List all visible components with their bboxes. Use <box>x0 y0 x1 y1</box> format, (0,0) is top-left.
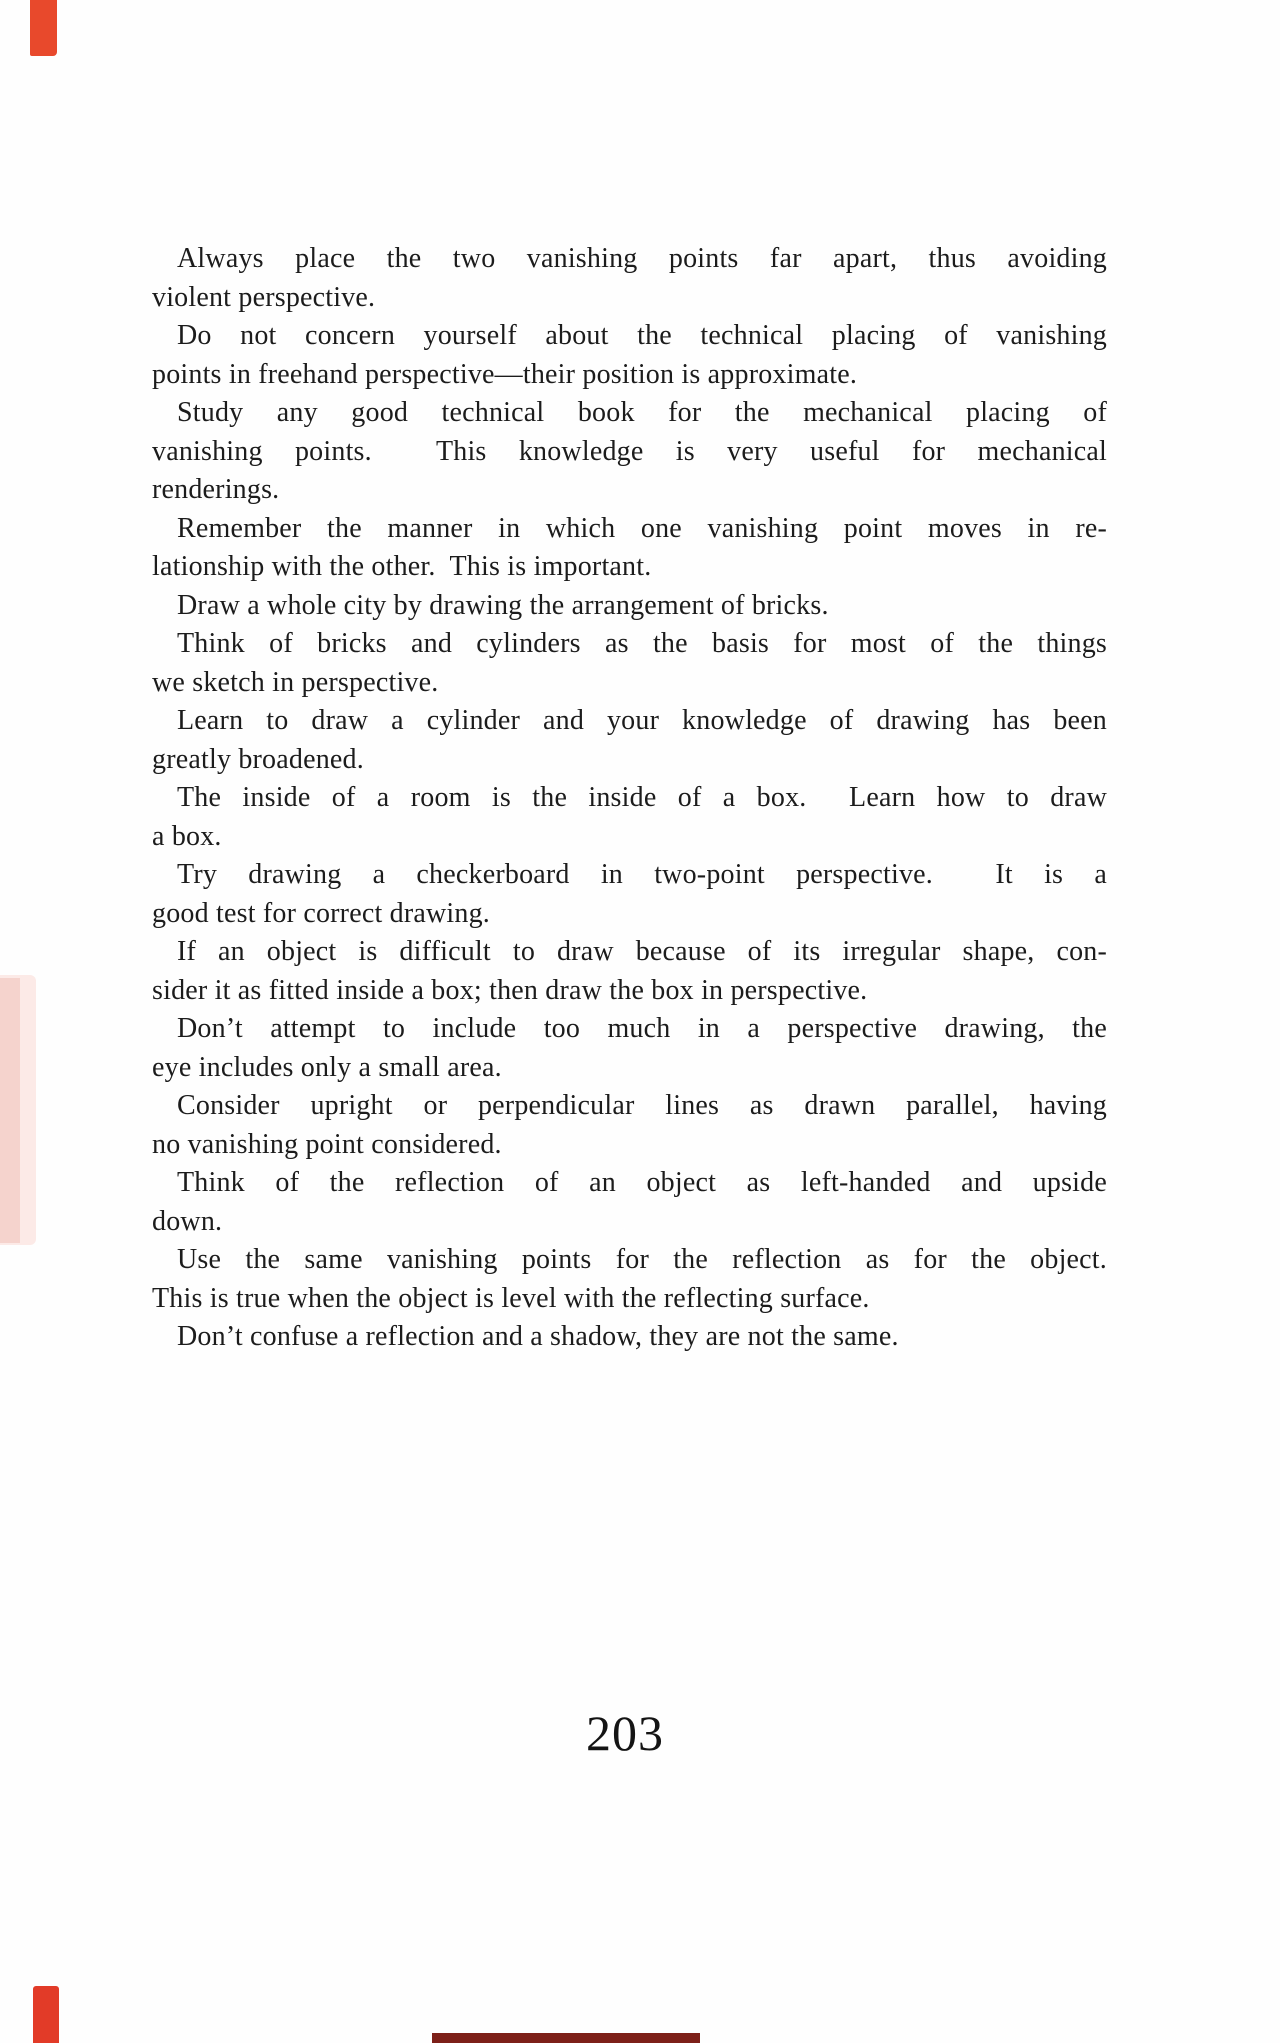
text-line: Study any good technical book for the me… <box>152 394 1107 433</box>
text-line: greatly broadened. <box>152 741 1107 780</box>
page-number: 203 <box>586 1708 664 1758</box>
text-line: down. <box>152 1203 1107 1242</box>
text-line: This is true when the object is level wi… <box>152 1280 1107 1319</box>
text-line: points in freehand perspective—their pos… <box>152 356 1107 395</box>
text-line: a box. <box>152 818 1107 857</box>
paragraph: Learn to draw a cylinder and your knowle… <box>152 702 1107 779</box>
text-line: good test for correct drawing. <box>152 895 1107 934</box>
paragraph: Study any good technical book for the me… <box>152 394 1107 510</box>
bottom-edge-maroon-bar <box>432 2033 700 2043</box>
text-line: lationship with the other. This is impor… <box>152 548 1107 587</box>
paragraph: Try drawing a checkerboard in two-point … <box>152 856 1107 933</box>
paragraph: The inside of a room is the inside of a … <box>152 779 1107 856</box>
left-edge-pink-strip <box>0 978 20 1243</box>
text-line: Try drawing a checkerboard in two-point … <box>152 856 1107 895</box>
text-line: Don’t attempt to include too much in a p… <box>152 1010 1107 1049</box>
text-line: no vanishing point considered. <box>152 1126 1107 1165</box>
paragraph: Do not concern yourself about the techni… <box>152 317 1107 394</box>
text-line: If an object is difficult to draw becaus… <box>152 933 1107 972</box>
text-line: Don’t confuse a reflection and a shadow,… <box>152 1318 1107 1357</box>
paragraph: Think of the reflection of an object as … <box>152 1164 1107 1241</box>
text-line: Think of bricks and cylinders as the bas… <box>152 625 1107 664</box>
paragraph: Always place the two vanishing points fa… <box>152 240 1107 317</box>
text-line: Do not concern yourself about the techni… <box>152 317 1107 356</box>
paragraph: If an object is difficult to draw becaus… <box>152 933 1107 1010</box>
text-line: Use the same vanishing points for the re… <box>152 1241 1107 1280</box>
book-page-scan: Always place the two vanishing points fa… <box>0 0 1280 2043</box>
text-line: renderings. <box>152 471 1107 510</box>
text-line: Think of the reflection of an object as … <box>152 1164 1107 1203</box>
text-line: Consider upright or perpendicular lines … <box>152 1087 1107 1126</box>
text-block: Always place the two vanishing points fa… <box>152 240 1107 1357</box>
text-line: violent perspective. <box>152 279 1107 318</box>
text-line: sider it as fitted inside a box; then dr… <box>152 972 1107 1011</box>
paragraph: Consider upright or perpendicular lines … <box>152 1087 1107 1164</box>
top-left-red-mark <box>30 0 57 56</box>
paragraph: Draw a whole city by drawing the arrange… <box>152 587 1107 626</box>
text-line: we sketch in perspective. <box>152 664 1107 703</box>
text-line: Learn to draw a cylinder and your knowle… <box>152 702 1107 741</box>
bottom-left-red-mark <box>33 1986 59 2043</box>
text-line: The inside of a room is the inside of a … <box>152 779 1107 818</box>
text-line: eye includes only a small area. <box>152 1049 1107 1088</box>
paragraph: Remember the manner in which one vanishi… <box>152 510 1107 587</box>
paragraph: Use the same vanishing points for the re… <box>152 1241 1107 1318</box>
text-line: vanishing points. This knowledge is very… <box>152 433 1107 472</box>
paragraph: Think of bricks and cylinders as the bas… <box>152 625 1107 702</box>
paragraph: Don’t confuse a reflection and a shadow,… <box>152 1318 1107 1357</box>
text-line: Always place the two vanishing points fa… <box>152 240 1107 279</box>
text-line: Draw a whole city by drawing the arrange… <box>152 587 1107 626</box>
text-line: Remember the manner in which one vanishi… <box>152 510 1107 549</box>
paragraph: Don’t attempt to include too much in a p… <box>152 1010 1107 1087</box>
